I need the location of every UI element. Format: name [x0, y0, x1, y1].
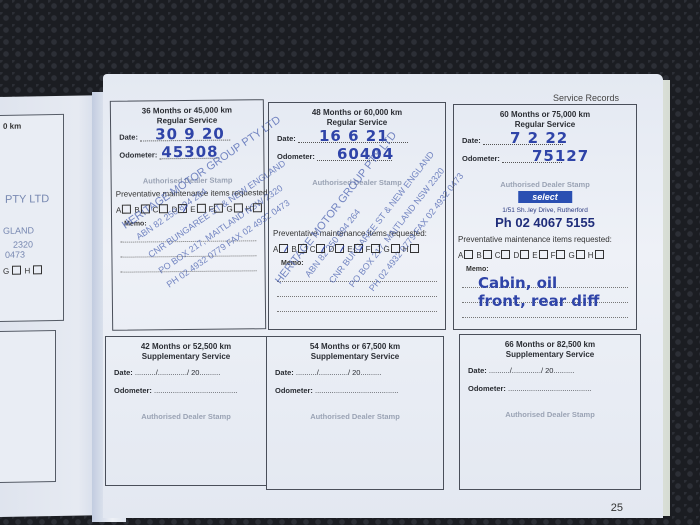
service-box-60-months: 60 Months or 75,000 kmRegular Service Da… [453, 104, 637, 330]
handwritten-date: 30 9 20 [155, 125, 225, 144]
checkbox-e[interactable] [196, 204, 205, 213]
handwritten-date: 7 2 22 [510, 129, 568, 147]
select-logo: select [518, 191, 572, 203]
checkbox-d[interactable] [335, 244, 344, 253]
pmi-checkboxes[interactable]: ABCDEFGH [273, 244, 445, 254]
checkbox-label: F [551, 251, 556, 260]
dealer-stamp-label: Authorised Dealer Stamp [106, 412, 266, 421]
checkbox-f[interactable] [214, 204, 223, 213]
service-title: 48 Months or 60,000 kmRegular Service [269, 108, 445, 128]
checkbox-label: H [588, 251, 594, 260]
checkbox-d[interactable] [520, 250, 529, 259]
dealer-stamp-label: Authorised Dealer Stamp [454, 180, 636, 189]
service-title: 60 Months or 75,000 kmRegular Service [454, 110, 636, 130]
checkbox-label: D [513, 251, 519, 260]
service-box-54-months: 54 Months or 67,500 kmSupplementary Serv… [266, 336, 444, 490]
service-box-66-months: 66 Months or 82,500 kmSupplementary Serv… [459, 334, 641, 490]
memo-label: Memo: Cabin, oil front, rear diff [466, 266, 636, 273]
checkbox-c[interactable] [159, 204, 168, 213]
checkbox-f[interactable] [371, 244, 380, 253]
checkbox-a[interactable] [464, 250, 473, 259]
checkbox-f[interactable] [556, 250, 565, 259]
service-title: 54 Months or 67,500 kmSupplementary Serv… [267, 342, 443, 362]
checkbox-label: A [273, 245, 278, 254]
service-box-42-months: 42 Months or 52,500 kmSupplementary Serv… [105, 336, 267, 486]
checkbox-label: C [495, 251, 501, 260]
left-title-fragment: 0 km [3, 122, 21, 131]
odometer-row: Odometer: ..............................… [275, 386, 443, 398]
checkbox-h[interactable] [410, 244, 419, 253]
checkbox-g[interactable] [391, 244, 400, 253]
checkbox-b[interactable] [483, 250, 492, 259]
checkbox-h[interactable] [595, 250, 604, 259]
memo-handwritten: front, rear diff [478, 292, 599, 310]
checkbox-b[interactable] [141, 204, 150, 213]
checkbox-c[interactable] [501, 250, 510, 259]
left-service-box: 0 km PTY LTD GLAND 2320 0473 G H [0, 114, 64, 322]
service-box-48-months: 48 Months or 60,000 kmRegular Service Da… [268, 102, 446, 330]
pmi-checkboxes[interactable]: ABCDEFGH [458, 250, 636, 260]
dealer-stamp-label: Authorised Dealer Stamp [460, 410, 640, 419]
checkbox-label: A [458, 251, 463, 260]
checkbox-label: B [476, 251, 481, 260]
left-stamp-line: GLAND [3, 225, 34, 236]
checkbox-g[interactable] [576, 250, 585, 259]
date-row: Date: ........../............../ 20.....… [114, 368, 266, 380]
left-checks-fragment: G H [3, 265, 45, 276]
dealer-stamp-label: Authorised Dealer Stamp [267, 412, 443, 421]
checkbox-e[interactable] [354, 244, 363, 253]
checkbox-e[interactable] [539, 250, 548, 259]
service-title: 66 Months or 82,500 kmSupplementary Serv… [460, 340, 640, 360]
page-header: Service Records [553, 93, 619, 103]
checkbox-c[interactable] [316, 244, 325, 253]
odometer-row: Odometer: ..............................… [468, 384, 640, 396]
date-row: Date: ........../............../ 20.....… [275, 368, 443, 380]
checkbox-b[interactable] [298, 244, 307, 253]
checkbox-label: E [532, 251, 537, 260]
service-title: 36 Months or 45,000 kmRegular Service [111, 105, 263, 127]
checkbox-a[interactable] [279, 244, 288, 253]
page-number: 25 [611, 502, 623, 514]
left-stamp-line: PTY LTD [5, 193, 49, 206]
service-box-36-months: 36 Months or 45,000 kmRegular Service Da… [110, 99, 266, 331]
memo-handwritten: Cabin, oil [478, 274, 557, 292]
checkbox-label: A [116, 206, 121, 215]
left-stamp-line: 0473 [5, 250, 25, 260]
pmi-label: Preventative maintenance items requested… [458, 235, 636, 244]
checkbox-label: G [568, 251, 574, 260]
stamp-phone: Ph 02 4067 5155 [454, 215, 636, 230]
date-row: Date: ........../............../ 20.....… [468, 366, 640, 378]
checkbox-g[interactable] [234, 203, 243, 212]
odometer-row: Odometer: 75127 [462, 154, 636, 166]
checkbox-d[interactable] [178, 204, 187, 213]
service-title: 42 Months or 52,500 kmSupplementary Serv… [106, 342, 266, 362]
handwritten-odometer: 75127 [532, 147, 589, 165]
right-page: Service Records 36 Months or 45,000 kmRe… [103, 74, 663, 518]
checkbox-a[interactable] [122, 205, 131, 214]
checkbox-h[interactable] [252, 203, 261, 212]
stamp-address: 1/51 Sh..ley Drive, Rutherford [454, 207, 636, 214]
left-stamp-line: 2320 [13, 239, 33, 249]
left-service-box [0, 330, 56, 483]
odometer-row: Odometer: ..............................… [114, 386, 266, 398]
